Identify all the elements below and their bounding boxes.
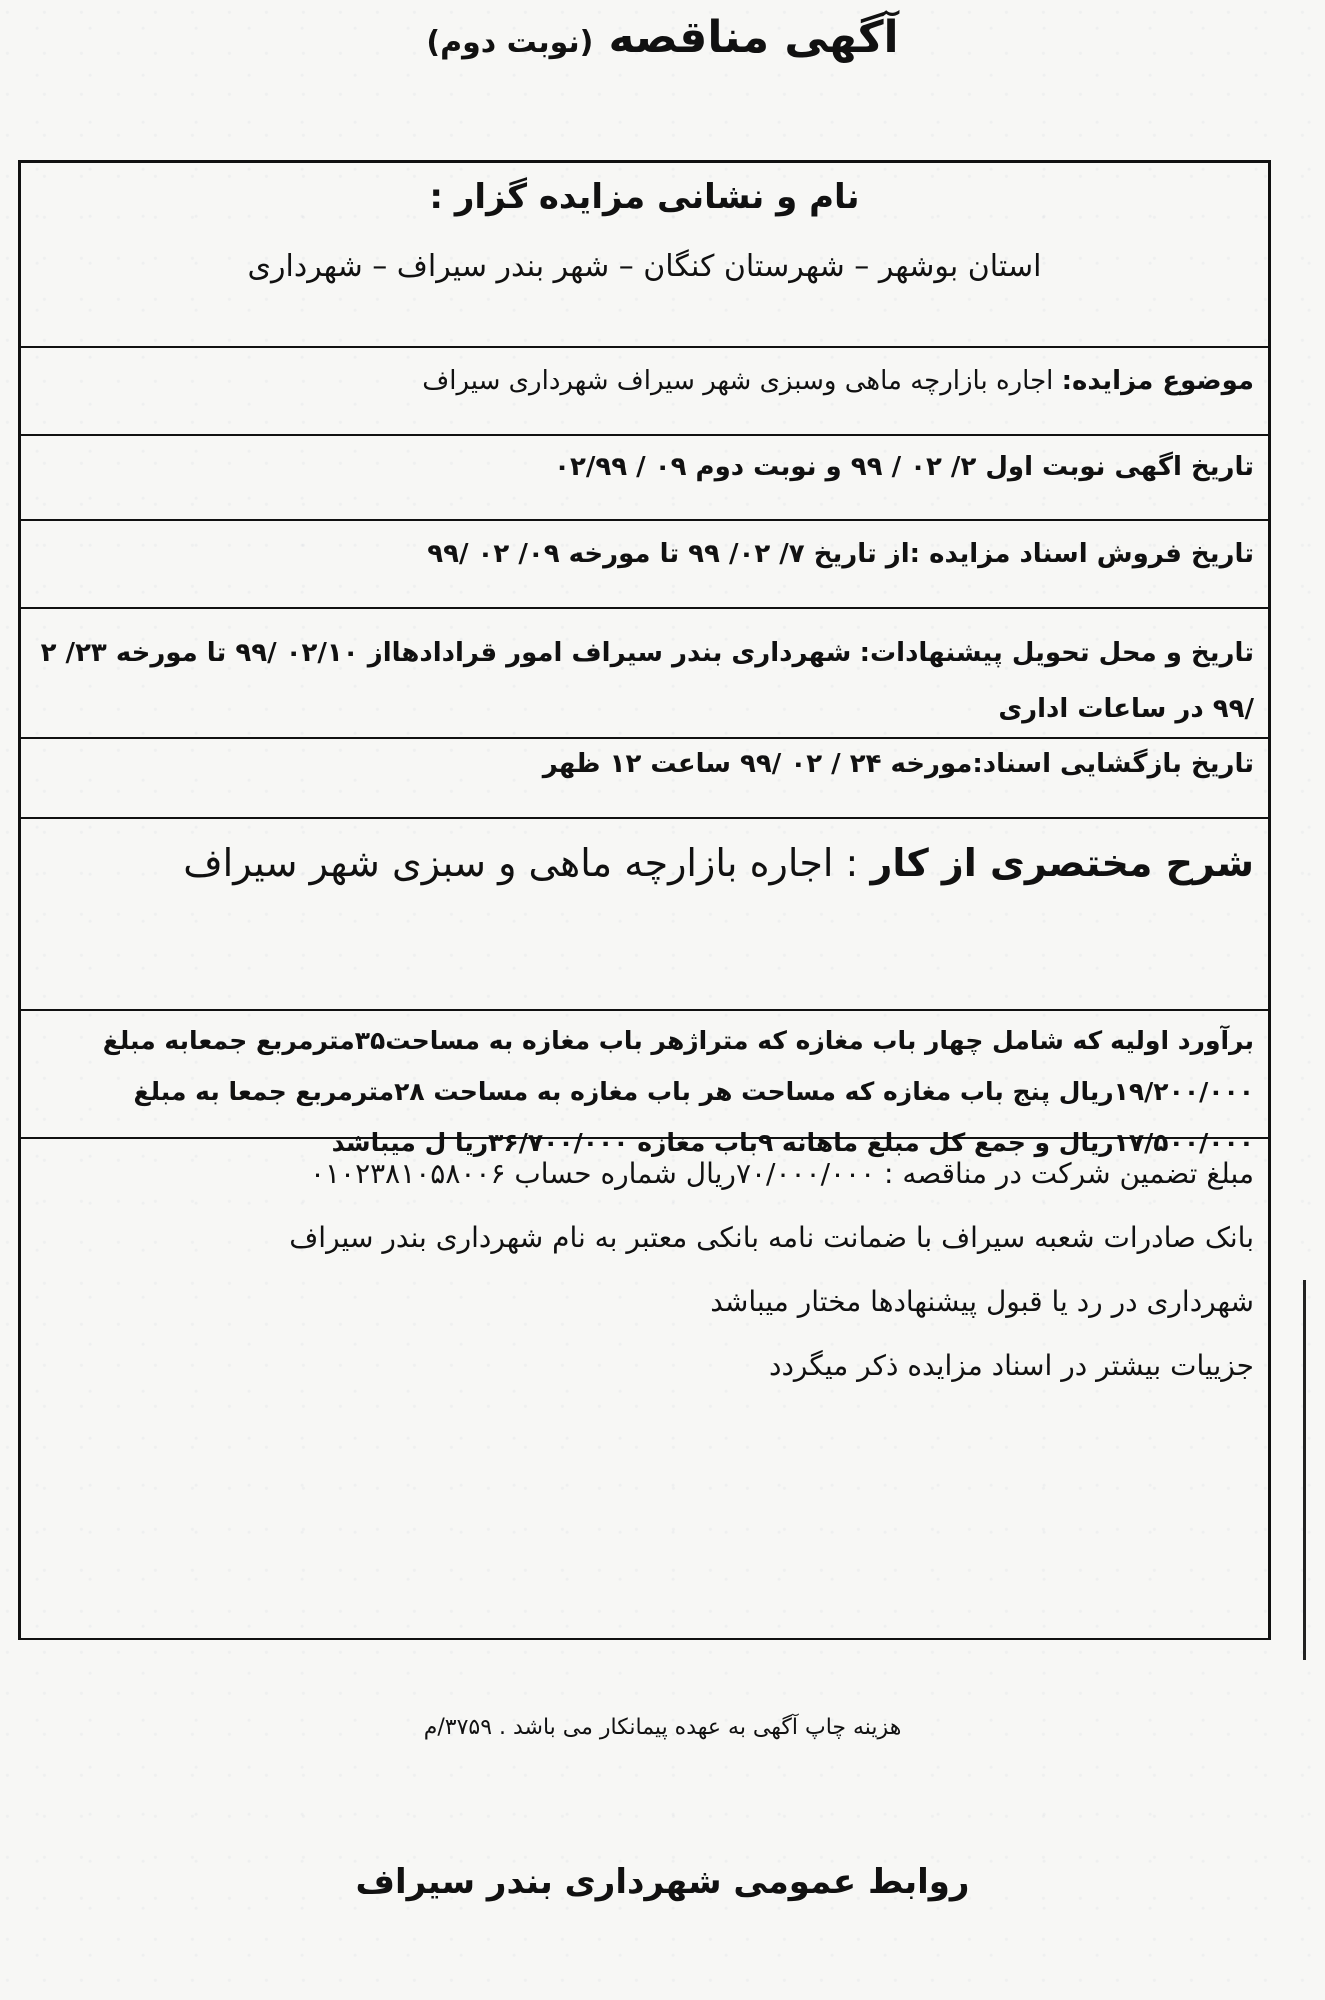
guarantee-line: مبلغ تضمین شرکت در مناقصه : ۷۰/۰۰۰/۰۰۰ری… <box>35 1145 1254 1203</box>
guarantee-line: شهرداری در رد یا قبول پیشنهادها مختار می… <box>35 1273 1254 1331</box>
section-subject: موضوع مزایده: اجاره بازارچه ماهی وسبزی ش… <box>21 348 1268 436</box>
tender-round: (نوبت دوم) <box>426 25 593 60</box>
section-description: شرح مختصری از کار : اجاره بازارچه ماهی و… <box>21 819 1268 1011</box>
tender-title: آگهی مناقصه <box>608 12 898 63</box>
guarantee-line: جزییات بیشتر در اسناد مزایده ذکر میگردد <box>35 1337 1254 1395</box>
section-doc-sale: تاریخ فروش اسناد مزایده :از تاریخ ۷/ ۰۲/… <box>21 521 1268 609</box>
doc-sale-text: تاریخ فروش اسناد مزایده :از تاریخ ۷/ ۰۲/… <box>35 539 1254 569</box>
page-title: آگهی مناقصه (نوبت دوم) <box>0 12 1325 63</box>
section-ad-dates: تاریخ اگهی نوبت اول ۲/ ۰۲ / ۹۹ و نوبت دو… <box>21 436 1268 521</box>
description-label: شرح مختصری از کار <box>870 841 1254 885</box>
opening-text: تاریخ بازگشایی اسناد:مورخه ۲۴ / ۰۲ /۹۹ س… <box>35 749 1254 779</box>
description-value: : اجاره بازارچه ماهی و سبزی شهر سیراف <box>183 841 858 885</box>
section-opening: تاریخ بازگشایی اسناد:مورخه ۲۴ / ۰۲ /۹۹ س… <box>21 739 1268 819</box>
subject-label: موضوع مزایده: <box>1062 366 1254 396</box>
subject-value: اجاره بازارچه ماهی وسبزی شهر سیراف شهردا… <box>422 366 1053 396</box>
guarantee-line: بانک صادرات شعبه سیراف با ضمانت نامه بان… <box>35 1209 1254 1267</box>
notice-table: نام و نشانی مزایده گزار : استان بوشهر – … <box>18 160 1271 1640</box>
print-cost-note: هزینه چاپ آگهی به عهده پیمانکار می باشد … <box>0 1715 1325 1740</box>
section-estimate: برآورد اولیه که شامل چهار باب مغازه که م… <box>21 1011 1268 1139</box>
section-organizer: نام و نشانی مزایده گزار : استان بوشهر – … <box>21 163 1268 348</box>
margin-rule <box>1303 1280 1306 1660</box>
estimate-label: برآورد اولیه <box>1110 1026 1254 1055</box>
estimate-value: که شامل چهار باب مغازه که متراژهر باب مغ… <box>103 1026 1254 1157</box>
ad-dates-text: تاریخ اگهی نوبت اول ۲/ ۰۲ / ۹۹ و نوبت دو… <box>35 452 1254 482</box>
signature: روابط عمومی شهرداری بندر سیراف <box>0 1862 1325 1902</box>
organizer-address: استان بوشهر – شهرستان کنگان – شهر بندر س… <box>35 249 1254 284</box>
organizer-label: نام و نشانی مزایده گزار : <box>35 177 1254 217</box>
section-delivery: تاریخ و محل تحویل پیشنهادات: شهرداری بند… <box>21 609 1268 739</box>
section-guarantee: مبلغ تضمین شرکت در مناقصه : ۷۰/۰۰۰/۰۰۰ری… <box>21 1139 1268 1643</box>
delivery-label: تاریخ و محل تحویل پیشنهادات: <box>860 638 1254 668</box>
